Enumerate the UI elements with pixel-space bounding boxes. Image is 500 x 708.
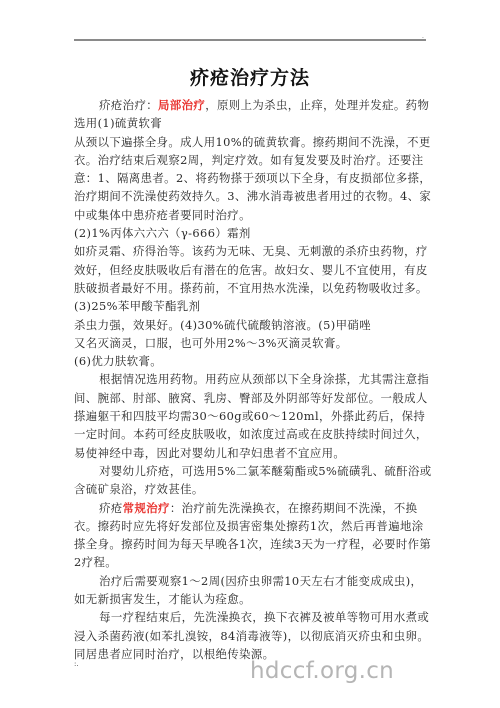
paragraph-application: 根据情况选用药物。用药应从颈部以下全身涂搽，尤其需注意指间、腕部、肘部、腋窝、乳… xyxy=(74,370,434,461)
paragraph-lindane: 如疥灵霜、疥得治等。该药为无味、无臭、无刺激的杀疥虫药物，疗效好，但经皮肤吸收后… xyxy=(74,242,434,315)
watermark: hdccf.org.cn xyxy=(250,658,394,684)
document-body: 疥疮治疗：局部治疗，原则上为杀虫，止痒，处理并发症。药物选用(1)硫黄软膏 从颈… xyxy=(74,96,434,663)
header-mark: . xyxy=(422,33,424,40)
paragraph-observation: 治疗后需要观察1～2周(因疥虫卵需10天左右才能变成成虫)，如无新损害发生，才能… xyxy=(74,572,434,609)
paragraph-metronidazole: 又名灭滴灵，口服，也可外用2%～3%灭滴灵软膏。 xyxy=(74,334,434,352)
header-rule xyxy=(74,39,426,41)
paragraph-sulfur-ointment: 从颈以下遍搽全身。成人用10%的硫黄软膏。擦药期间不洗澡，不更衣。治疗结束后观察… xyxy=(74,133,434,224)
highlight-routine-treatment: 常规治疗 xyxy=(123,501,170,515)
paragraph-routine-treatment: 疥疮常规治疗：治疗前先洗澡换衣，在擦药期间不洗澡，不换衣。擦药时应先将好发部位及… xyxy=(74,499,434,572)
paragraph-local-treatment: 疥疮治疗：局部治疗，原则上为杀虫，止痒，处理并发症。药物选用(1)硫黄软膏 xyxy=(74,96,434,133)
highlight-local-treatment: 局部治疗 xyxy=(158,98,205,112)
text-segment: 疥疮 xyxy=(99,501,123,515)
footer-mark: :. xyxy=(74,660,79,668)
paragraph-infants: 对婴幼儿疥疮，可选用5%二氯苯醚菊酯或5%硫磺乳、硫酐浴或含硫矿泉浴，疗效甚佳。 xyxy=(74,462,434,499)
page-title: 疥疮治疗方法 xyxy=(0,63,500,90)
paragraph-disinfection: 每一疗程结束后，先洗澡换衣，换下衣裤及被单等物可用水煮或浸入杀菌药液(如苯扎溴铵… xyxy=(74,608,434,663)
paragraph-lindane-heading: (2)1%丙体六六六（γ-666）霜剂 xyxy=(74,224,434,242)
paragraph-youlifu: (6)优力肤软膏。 xyxy=(74,352,434,370)
text-segment: 疥疮治疗： xyxy=(99,98,158,112)
paragraph-benzyl-benzoate: 杀虫力强，效果好。(4)30%硫代硫酸钠溶液。(5)甲硝唑 xyxy=(74,316,434,334)
